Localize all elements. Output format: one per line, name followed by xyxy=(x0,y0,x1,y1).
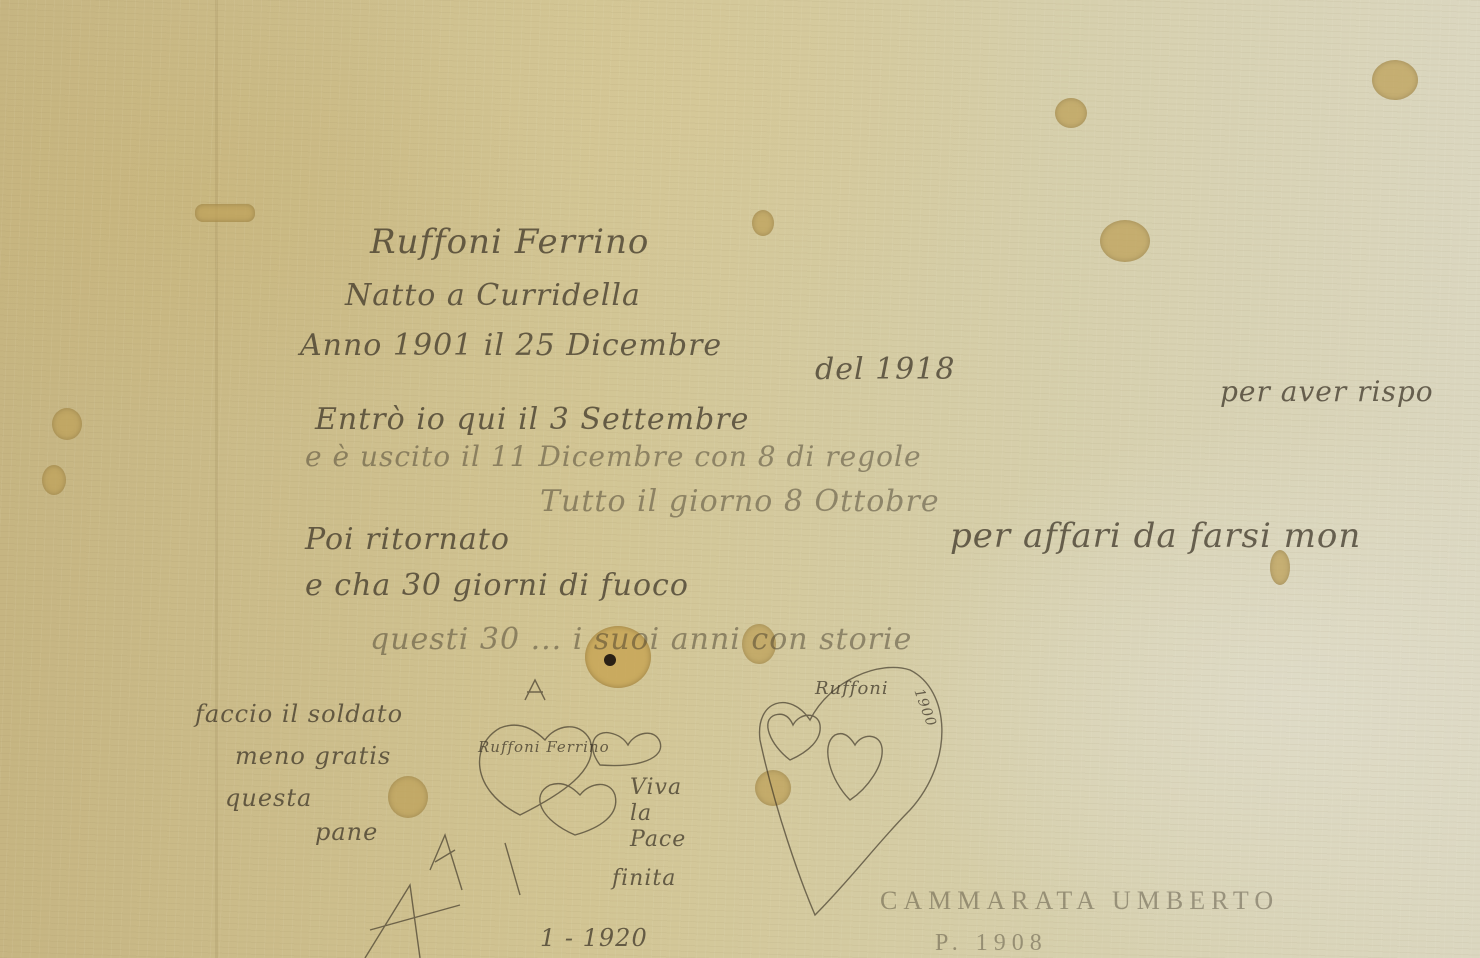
heart-drawing xyxy=(768,714,820,760)
graffiti-doodles xyxy=(0,0,1480,958)
heart-drawing xyxy=(593,733,661,766)
plaster-wall: Ruffoni Ferrino Natto a Curridella Anno … xyxy=(0,0,1480,958)
heart-drawing xyxy=(828,734,882,800)
letter-a-drawing xyxy=(430,835,520,895)
letter-a-drawing xyxy=(365,885,460,958)
letter-a-drawing xyxy=(525,680,545,700)
heart-drawing xyxy=(480,725,592,815)
heart-drawing xyxy=(540,784,616,835)
large-heart-outline xyxy=(760,667,942,915)
